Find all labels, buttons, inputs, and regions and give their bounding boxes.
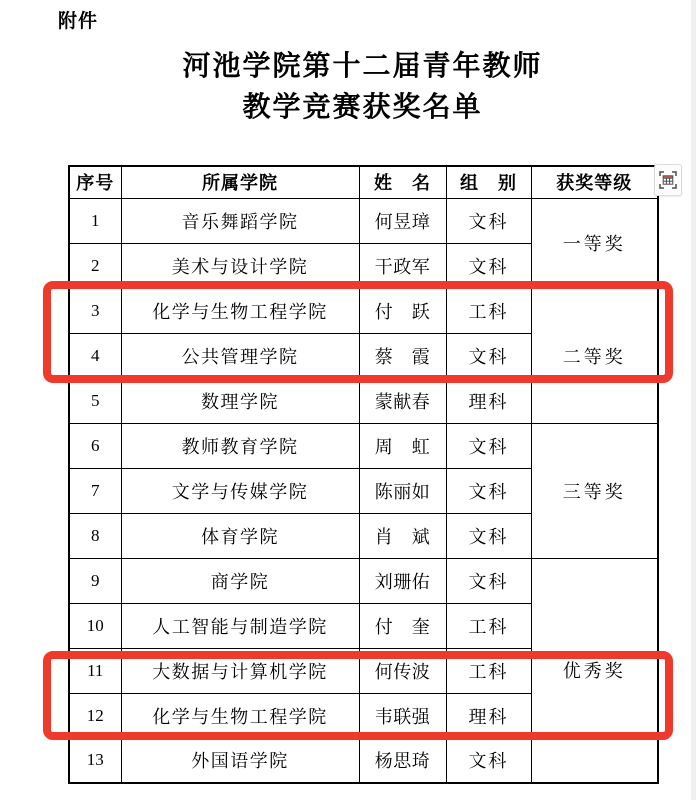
cell-college: 外国语学院	[121, 738, 359, 783]
table-row: 1音乐舞蹈学院何昱璋文科一等奖	[69, 198, 658, 243]
cell-name: 肖 斌	[359, 513, 446, 558]
cell-college: 音乐舞蹈学院	[121, 198, 359, 243]
cell-no: 5	[69, 378, 121, 423]
cell-no: 11	[69, 648, 121, 693]
table-row: 3化学与生物工程学院付 跃工科二等奖	[69, 288, 658, 333]
cell-college: 商学院	[121, 558, 359, 603]
cell-group: 理科	[446, 693, 531, 738]
table-select-icon	[659, 171, 677, 189]
cell-name: 蔡 霞	[359, 333, 446, 378]
cell-award-level: 优秀奖	[531, 558, 658, 783]
cell-no: 9	[69, 558, 121, 603]
cell-name: 杨思琦	[359, 738, 446, 783]
cell-name: 韦联强	[359, 693, 446, 738]
cell-group: 文科	[446, 468, 531, 513]
cell-no: 2	[69, 243, 121, 288]
cell-college: 大数据与计算机学院	[121, 648, 359, 693]
cell-group: 工科	[446, 648, 531, 693]
cell-no: 13	[69, 738, 121, 783]
document-page: 附件 河池学院第十二届青年教师 教学竞赛获奖名单 序号所属学院姓 名组 别获奖等…	[0, 0, 696, 800]
cell-award-level: 二等奖	[531, 288, 658, 423]
attachment-label: 附件	[58, 6, 98, 33]
cell-group: 工科	[446, 603, 531, 648]
cell-name: 陈丽如	[359, 468, 446, 513]
cell-group: 文科	[446, 423, 531, 468]
cell-group: 文科	[446, 558, 531, 603]
cell-college: 化学与生物工程学院	[121, 288, 359, 333]
table-row: 6教师教育学院周 虹文科三等奖	[69, 423, 658, 468]
cell-no: 1	[69, 198, 121, 243]
column-header-1: 所属学院	[121, 166, 359, 198]
page-edge-strip	[691, 0, 696, 800]
table-header-row: 序号所属学院姓 名组 别获奖等级	[69, 166, 658, 198]
cell-name: 干政军	[359, 243, 446, 288]
table-row: 9商学院刘珊佑文科优秀奖	[69, 558, 658, 603]
cell-name: 付 跃	[359, 288, 446, 333]
cell-no: 3	[69, 288, 121, 333]
cell-name: 蒙献春	[359, 378, 446, 423]
title-line-1: 河池学院第十二届青年教师	[68, 46, 657, 87]
table-select-button[interactable]	[654, 164, 682, 196]
cell-name: 付 奎	[359, 603, 446, 648]
cell-name: 周 虹	[359, 423, 446, 468]
cell-college: 人工智能与制造学院	[121, 603, 359, 648]
cell-group: 工科	[446, 288, 531, 333]
column-header-4: 获奖等级	[531, 166, 658, 198]
cell-college: 美术与设计学院	[121, 243, 359, 288]
cell-college: 化学与生物工程学院	[121, 693, 359, 738]
cell-college: 文学与传媒学院	[121, 468, 359, 513]
cell-college: 数理学院	[121, 378, 359, 423]
cell-no: 4	[69, 333, 121, 378]
cell-no: 6	[69, 423, 121, 468]
cell-college: 体育学院	[121, 513, 359, 558]
cell-name: 刘珊佑	[359, 558, 446, 603]
award-table: 序号所属学院姓 名组 别获奖等级 1音乐舞蹈学院何昱璋文科一等奖2美术与设计学院…	[68, 165, 659, 784]
cell-group: 文科	[446, 243, 531, 288]
cell-group: 文科	[446, 198, 531, 243]
cell-group: 文科	[446, 738, 531, 783]
cell-no: 10	[69, 603, 121, 648]
cell-group: 文科	[446, 513, 531, 558]
cell-award-level: 一等奖	[531, 198, 658, 288]
column-header-2: 姓 名	[359, 166, 446, 198]
cell-group: 文科	[446, 333, 531, 378]
column-header-0: 序号	[69, 166, 121, 198]
cell-college: 公共管理学院	[121, 333, 359, 378]
cell-no: 12	[69, 693, 121, 738]
cell-group: 理科	[446, 378, 531, 423]
cell-name: 何传波	[359, 648, 446, 693]
cell-college: 教师教育学院	[121, 423, 359, 468]
document-title: 河池学院第十二届青年教师 教学竞赛获奖名单	[68, 46, 657, 128]
cell-name: 何昱璋	[359, 198, 446, 243]
cell-no: 7	[69, 468, 121, 513]
cell-no: 8	[69, 513, 121, 558]
column-header-3: 组 别	[446, 166, 531, 198]
cell-award-level: 三等奖	[531, 423, 658, 558]
title-line-2: 教学竞赛获奖名单	[68, 87, 657, 128]
